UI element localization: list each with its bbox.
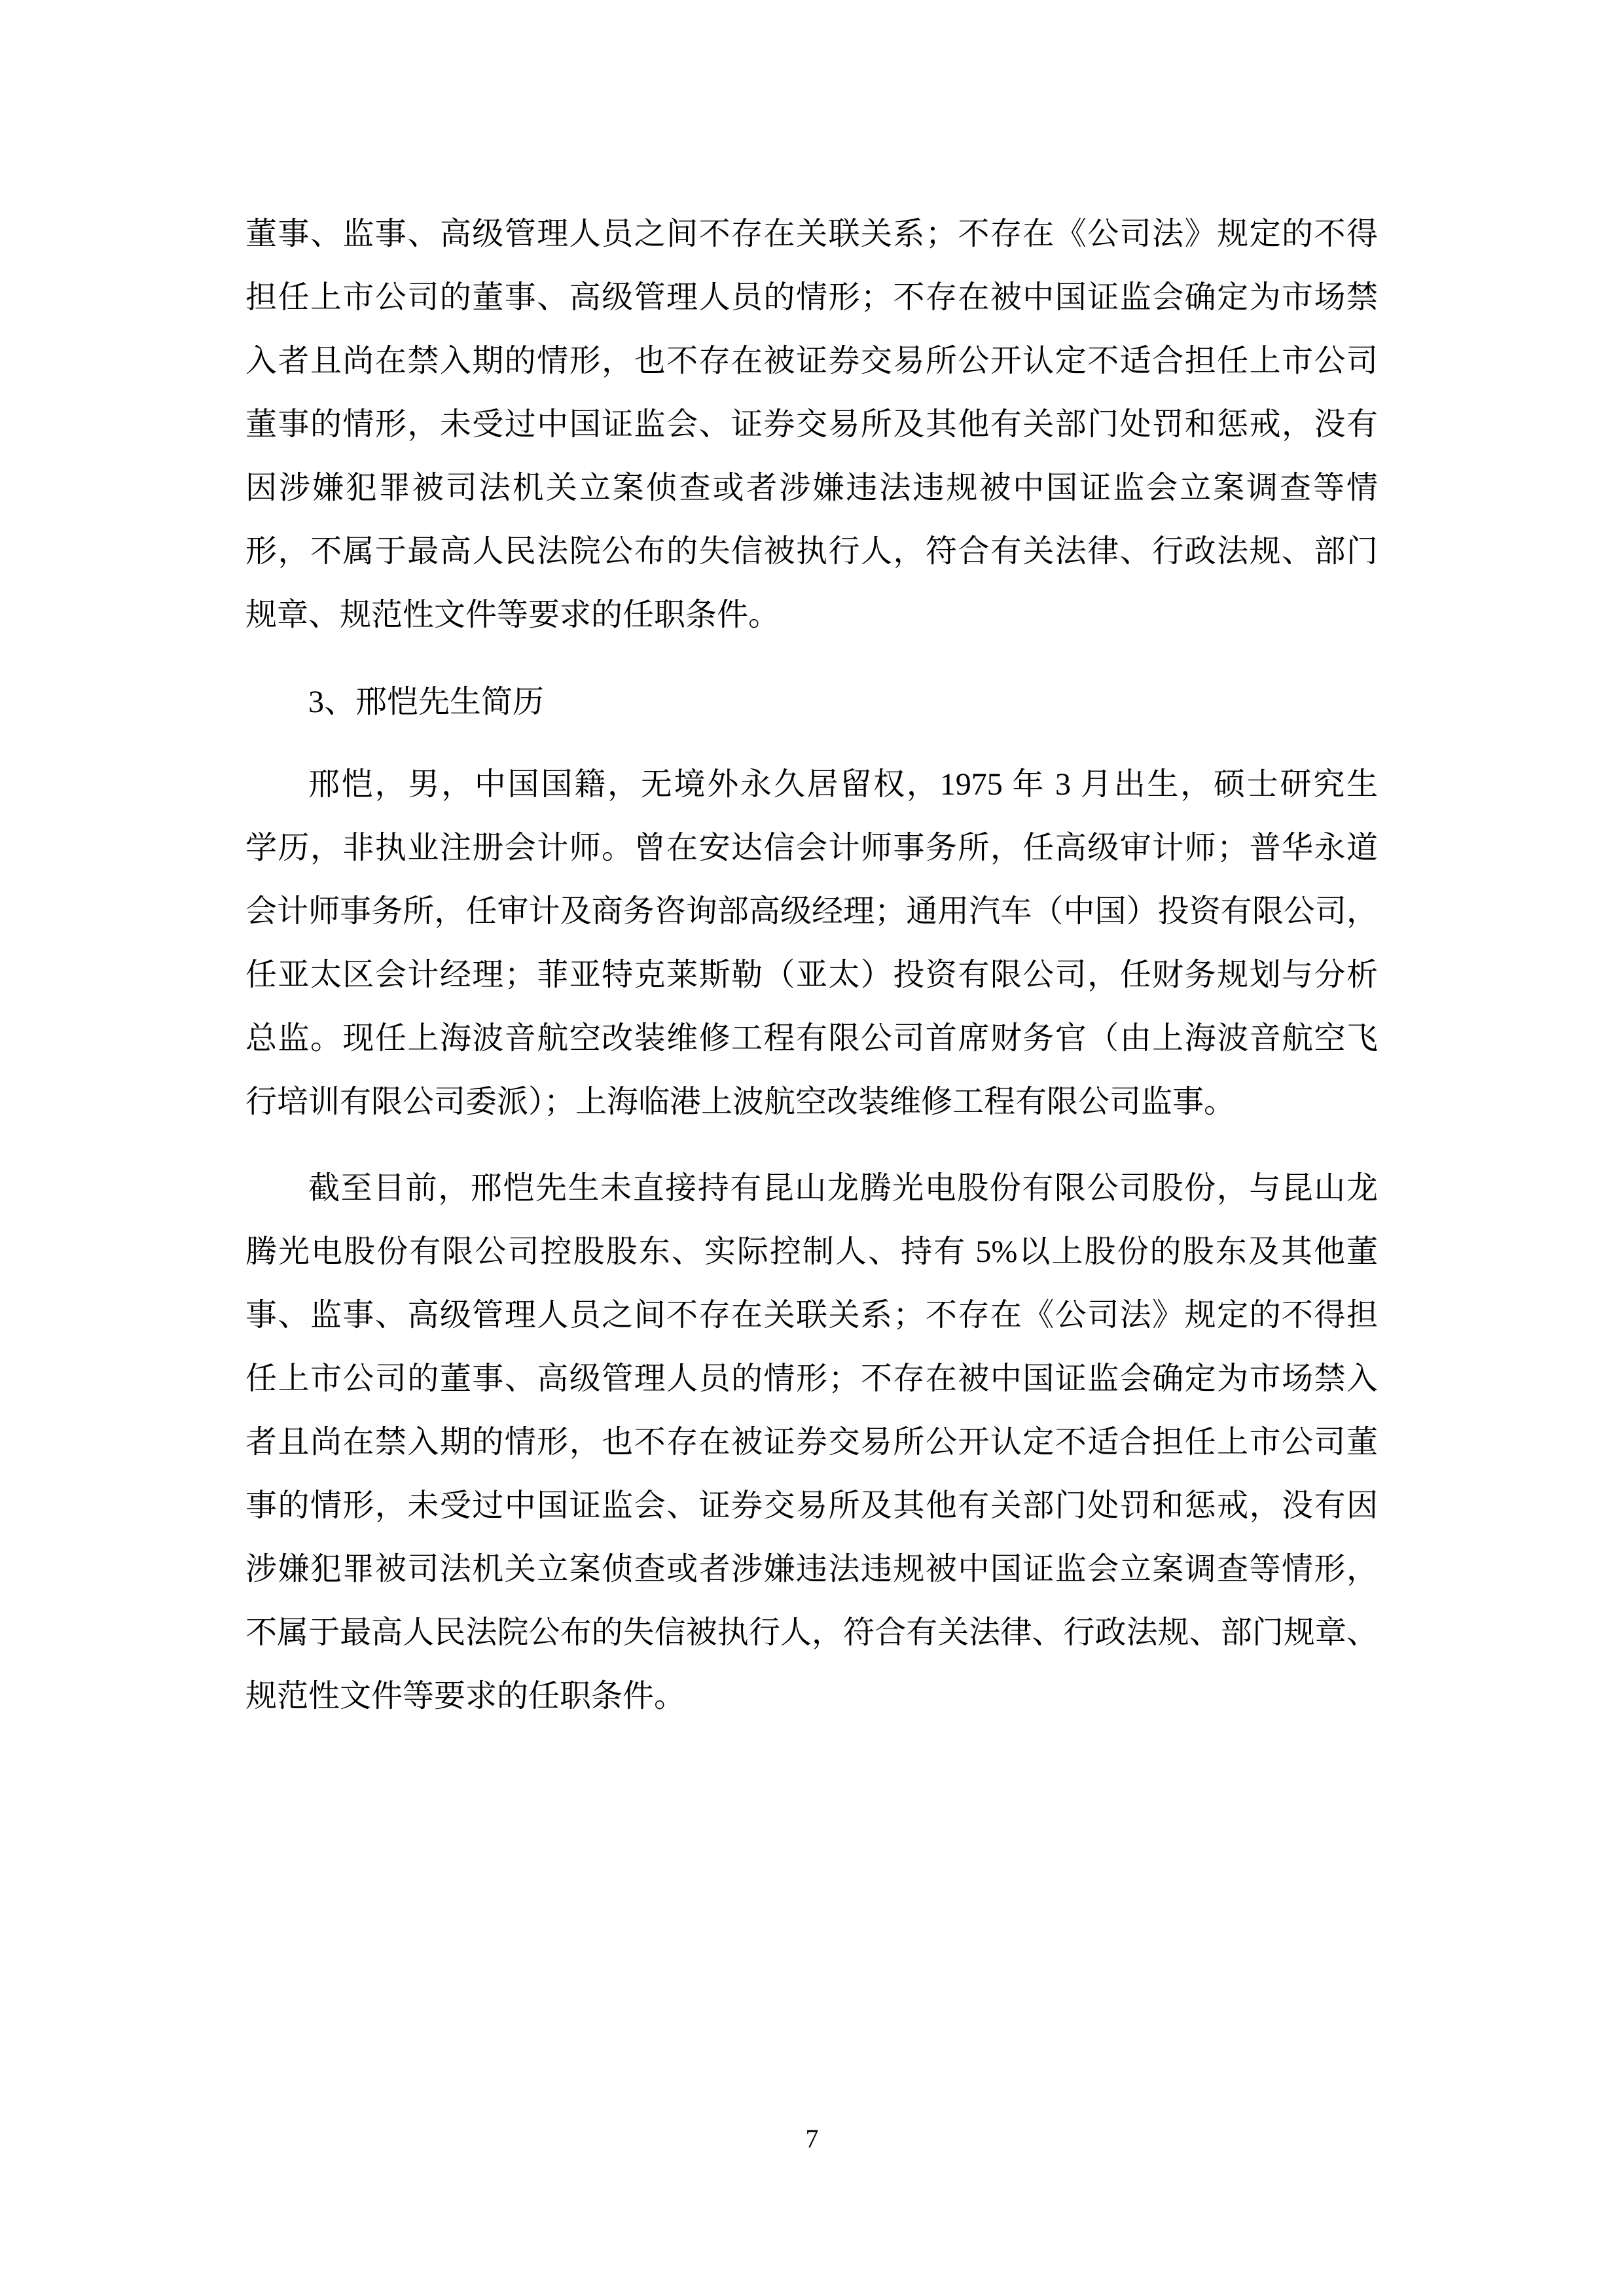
text-line: 任亚太区会计经理；菲亚特克莱斯勒（亚太）投资有限公司，任财务规划与分析 xyxy=(245,943,1378,1007)
text-line: 担任上市公司的董事、高级管理人员的情形；不存在被中国证监会确定为市场禁 xyxy=(245,266,1378,329)
text-line: 涉嫌犯罪被司法机关立案侦查或者涉嫌违法违规被中国证监会立案调查等情形， xyxy=(245,1537,1378,1601)
document-page: 董事、监事、高级管理人员之间不存在关联关系；不存在《公司法》规定的不得 担任上市… xyxy=(0,0,1624,2296)
paragraph-continuation: 董事、监事、高级管理人员之间不存在关联关系；不存在《公司法》规定的不得 担任上市… xyxy=(245,202,1378,647)
text-line: 学历，非执业注册会计师。曾在安达信会计师事务所，任高级审计师；普华永道 xyxy=(245,816,1378,880)
text-line: 事的情形，未受过中国证监会、证券交易所及其他有关部门处罚和惩戒，没有因 xyxy=(245,1474,1378,1537)
text-line: 会计师事务所，任审计及商务咨询部高级经理；通用汽车（中国）投资有限公司， xyxy=(245,880,1378,943)
text-line: 腾光电股份有限公司控股股东、实际控制人、持有 5%以上股份的股东及其他董 xyxy=(245,1220,1378,1283)
text-line: 总监。现任上海波音航空改装维修工程有限公司首席财务官（由上海波音航空飞 xyxy=(245,1007,1378,1070)
text-line: 者且尚在禁入期的情形，也不存在被证券交易所公开认定不适合担任上市公司董 xyxy=(245,1410,1378,1474)
text-line: 规章、规范性文件等要求的任职条件。 xyxy=(245,583,1378,647)
text-line: 截至目前，邢恺先生未直接持有昆山龙腾光电股份有限公司股份，与昆山龙 xyxy=(245,1157,1378,1220)
text-line: 行培训有限公司委派）；上海临港上波航空改装维修工程有限公司监事。 xyxy=(245,1070,1378,1134)
text-line: 规范性文件等要求的任职条件。 xyxy=(245,1664,1378,1728)
page-number: 7 xyxy=(0,2123,1624,2155)
text-line: 董事的情形，未受过中国证监会、证券交易所及其他有关部门处罚和惩戒，没有 xyxy=(245,393,1378,456)
text-line: 形，不属于最高人民法院公布的失信被执行人，符合有关法律、行政法规、部门 xyxy=(245,520,1378,583)
section-heading-block: 3、邢恺先生简历 xyxy=(245,670,1378,734)
paragraph-statement: 截至目前，邢恺先生未直接持有昆山龙腾光电股份有限公司股份，与昆山龙 腾光电股份有… xyxy=(245,1157,1378,1728)
text-line: 事、监事、高级管理人员之间不存在关联关系；不存在《公司法》规定的不得担 xyxy=(245,1283,1378,1347)
text-line: 任上市公司的董事、高级管理人员的情形；不存在被中国证监会确定为市场禁入 xyxy=(245,1347,1378,1410)
paragraph-resume: 邢恺，男，中国国籍，无境外永久居留权，1975 年 3 月出生，硕士研究生 学历… xyxy=(245,753,1378,1134)
text-line: 董事、监事、高级管理人员之间不存在关联关系；不存在《公司法》规定的不得 xyxy=(245,202,1378,266)
text-line: 因涉嫌犯罪被司法机关立案侦查或者涉嫌违法违规被中国证监会立案调查等情 xyxy=(245,456,1378,520)
text-line: 邢恺，男，中国国籍，无境外永久居留权，1975 年 3 月出生，硕士研究生 xyxy=(245,753,1378,816)
text-line: 不属于最高人民法院公布的失信被执行人，符合有关法律、行政法规、部门规章、 xyxy=(245,1601,1378,1664)
section-heading: 3、邢恺先生简历 xyxy=(245,670,1378,734)
text-line: 入者且尚在禁入期的情形，也不存在被证券交易所公开认定不适合担任上市公司 xyxy=(245,329,1378,393)
